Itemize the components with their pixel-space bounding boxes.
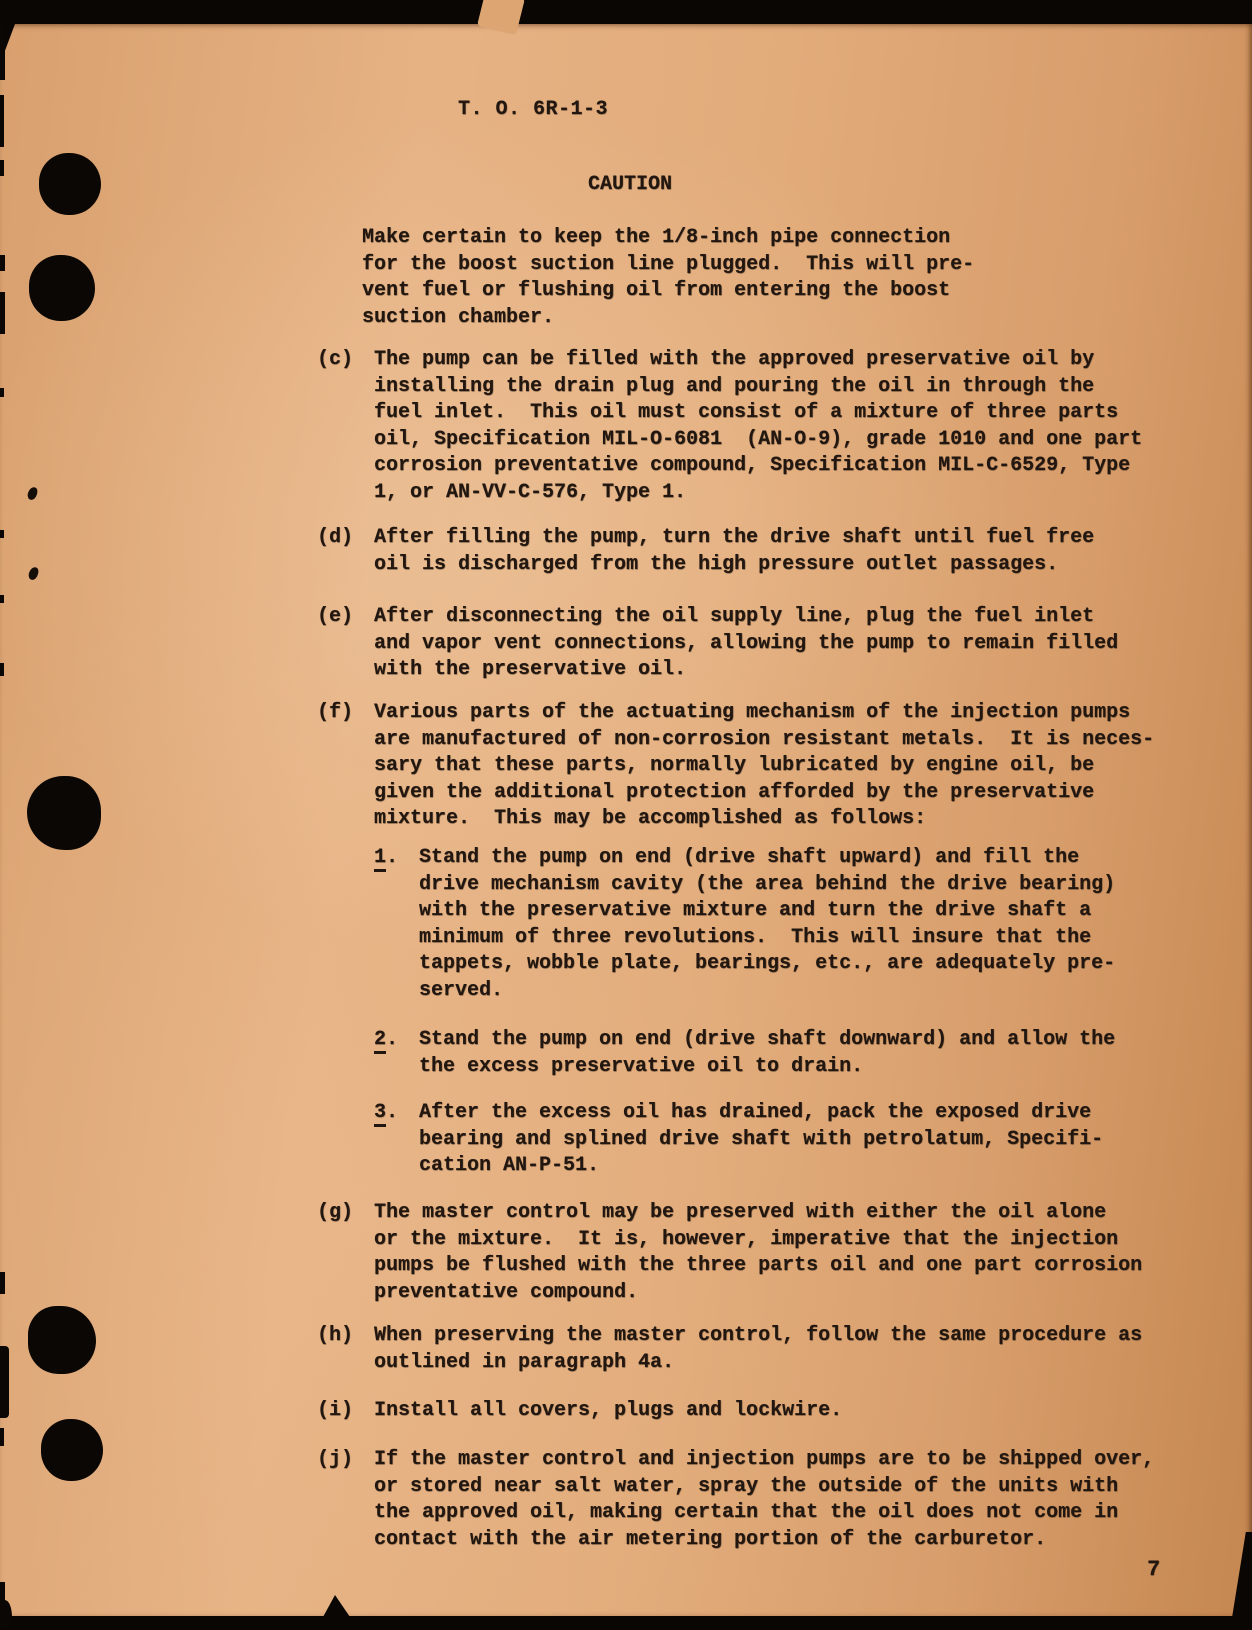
- caution-title: CAUTION: [588, 172, 672, 199]
- scanned-document-page: T. O. 6R-1-3 CAUTION Make certain to kee…: [0, 0, 1252, 1630]
- item-text: If the master control and injection pump…: [374, 1447, 1212, 1553]
- list-item-g: (g) The master control may be preserved …: [317, 1200, 1212, 1306]
- page-number: 7: [1147, 1557, 1160, 1584]
- scan-mark: [0, 292, 5, 334]
- scan-mark: [0, 22, 5, 80]
- top-edge-scan-bar: [0, 0, 1252, 24]
- scan-mark: [0, 388, 4, 397]
- scan-mark: [0, 530, 4, 538]
- item-label: (e): [317, 604, 353, 631]
- sub-item-number: 3.: [374, 1100, 398, 1127]
- scan-mark: [0, 160, 4, 176]
- sub-item-text: Stand the pump on end (drive shaft downw…: [419, 1027, 1212, 1080]
- list-item-e: (e) After disconnecting the oil supply l…: [317, 604, 1212, 684]
- scan-mark: [0, 663, 4, 676]
- sub-item-3: 3. After the excess oil has drained, pac…: [374, 1100, 1212, 1180]
- item-text: After filling the pump, turn the drive s…: [374, 525, 1212, 578]
- scan-mark: [0, 255, 5, 271]
- item-text: The pump can be filled with the approved…: [374, 347, 1212, 506]
- list-item-c: (c) The pump can be filled with the appr…: [317, 347, 1212, 506]
- sub-item-text: After the excess oil has drained, pack t…: [419, 1100, 1212, 1180]
- item-text: When preserving the master control, foll…: [374, 1323, 1212, 1376]
- sub-item-1: 1. Stand the pump on end (drive shaft up…: [374, 845, 1212, 1004]
- technical-order-number: T. O. 6R-1-3: [458, 97, 608, 124]
- item-label: (h): [317, 1323, 353, 1350]
- item-label: (f): [317, 700, 353, 727]
- item-text: Various parts of the actuating mechanism…: [374, 700, 1212, 833]
- list-item-d: (d) After filling the pump, turn the dri…: [317, 525, 1212, 578]
- bottom-edge-mark: [323, 1595, 350, 1617]
- list-item-h: (h) When preserving the master control, …: [317, 1323, 1212, 1376]
- scan-mark: [0, 1272, 5, 1294]
- hole-punch: [29, 255, 95, 321]
- scan-mark: [0, 95, 4, 147]
- list-item-f: (f) Various parts of the actuating mecha…: [317, 700, 1212, 833]
- item-text: After disconnecting the oil supply line,…: [374, 604, 1212, 684]
- item-label: (j): [317, 1447, 353, 1474]
- item-label: (d): [317, 525, 353, 552]
- hole-punch: [28, 1306, 96, 1374]
- sub-item-text: Stand the pump on end (drive shaft upwar…: [419, 845, 1212, 1004]
- item-text: Install all covers, plugs and lockwire.: [374, 1398, 1212, 1425]
- sub-item-2: 2. Stand the pump on end (drive shaft do…: [374, 1027, 1212, 1080]
- scan-mark: [0, 1428, 4, 1446]
- item-label: (c): [317, 347, 353, 374]
- bottom-edge-scan-bar: [0, 1616, 1252, 1630]
- caution-paragraph: Make certain to keep the 1/8-inch pipe c…: [362, 225, 974, 331]
- hole-punch: [39, 153, 101, 215]
- list-item-j: (j) If the master control and injection …: [317, 1447, 1212, 1553]
- hole-punch: [41, 1419, 103, 1481]
- list-item-i: (i) Install all covers, plugs and lockwi…: [317, 1398, 1212, 1425]
- sub-item-number: 1.: [374, 845, 398, 872]
- item-label: (g): [317, 1200, 353, 1227]
- hole-punch: [27, 776, 101, 850]
- scan-mark: [0, 595, 4, 603]
- item-text: The master control may be preserved with…: [374, 1200, 1212, 1306]
- item-label: (i): [317, 1398, 353, 1425]
- scan-mark: [0, 1346, 9, 1418]
- sub-item-number: 2.: [374, 1027, 398, 1054]
